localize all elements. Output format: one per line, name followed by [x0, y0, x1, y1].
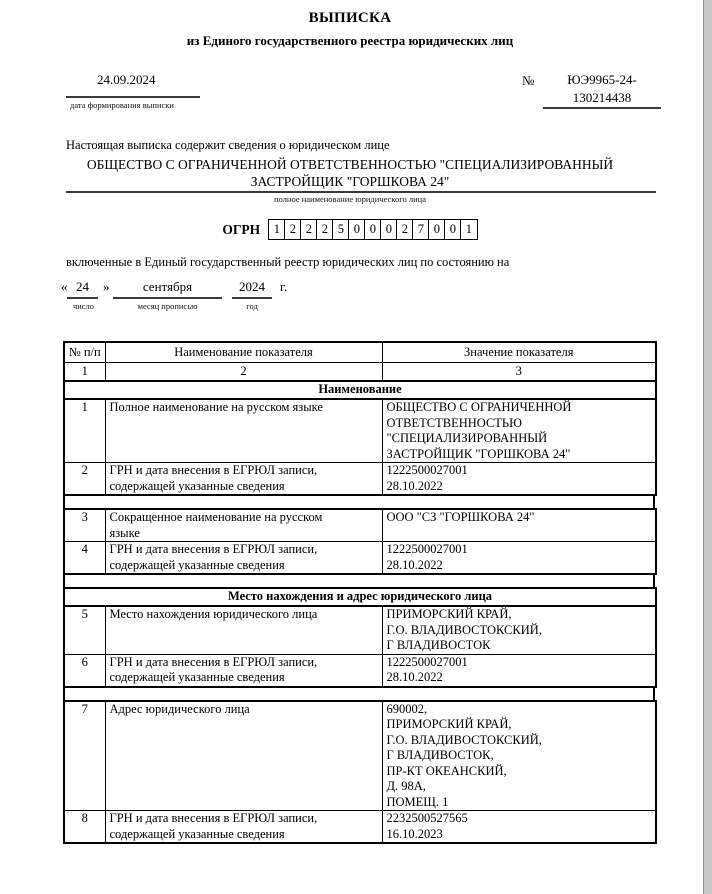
table-row: 6 ГРН и дата внесения в ЕГРЮЛ записи, со… [64, 654, 656, 687]
row-value: ОБЩЕСТВО С ОГРАНИЧЕННОЙ ОТВЕТСТВЕННОСТЬЮ… [382, 399, 656, 463]
table-spacer [63, 496, 655, 508]
row-value: 690002, ПРИМОРСКИЙ КРАЙ, Г.О. ВЛАДИВОСТО… [382, 701, 656, 811]
col-number: 2 [105, 363, 382, 382]
row-number: 4 [64, 542, 105, 575]
row-number: 7 [64, 701, 105, 811]
day-label: число [68, 301, 99, 311]
state-date-month: сентября [113, 279, 222, 299]
row-number: 1 [64, 399, 105, 463]
row-value: ООО "СЗ "ГОРШКОВА 24" [382, 509, 656, 542]
col-header-name: Наименование показателя [105, 342, 382, 363]
page-edge-strip [703, 0, 712, 894]
row-number: 6 [64, 654, 105, 687]
formation-date: 24.09.2024 [97, 72, 156, 88]
row-name: Место нахождения юридического лица [105, 606, 382, 654]
table-spacer [63, 575, 655, 587]
formation-date-label: дата формирования выписки [70, 100, 174, 110]
col-number: 3 [382, 363, 656, 382]
ogrn-digit-box: 2 [300, 219, 318, 240]
row-name: ГРН и дата внесения в ЕГРЮЛ записи, соде… [105, 542, 382, 575]
state-date-day: 24 [67, 279, 98, 299]
ogrn-digit-box: 2 [316, 219, 334, 240]
row-value: ПРИМОРСКИЙ КРАЙ, Г.О. ВЛАДИВОСТОКСКИЙ, Г… [382, 606, 656, 654]
registry-table: № п/п Наименование показателя Значение п… [63, 341, 655, 844]
document-number-underline [543, 107, 661, 109]
table-row: 5 Место нахождения юридического лица ПРИ… [64, 606, 656, 654]
table-row: 1 Полное наименование на русском языке О… [64, 399, 656, 463]
column-numbers-row: 1 2 3 [64, 363, 656, 382]
ogrn-digit-box: 5 [332, 219, 350, 240]
ogrn-digit-box: 1 [268, 219, 286, 240]
ogrn-digit-box: 0 [348, 219, 366, 240]
included-line: включенные в Единый государственный реес… [66, 255, 509, 270]
ogrn-digit-box: 7 [412, 219, 430, 240]
col-header-value: Значение показателя [382, 342, 656, 363]
table-row: 2 ГРН и дата внесения в ЕГРЮЛ записи, со… [64, 463, 656, 496]
row-name: ГРН и дата внесения в ЕГРЮЛ записи, соде… [105, 811, 382, 844]
ogrn-boxes: 1 2 2 2 5 0 0 0 2 7 0 0 1 [268, 219, 478, 240]
company-name-label: полное наименование юридического лица [0, 194, 700, 204]
row-name: Сокращенное наименование на русском язык… [105, 509, 382, 542]
ogrn-label: ОГРН [222, 222, 260, 238]
row-number: 2 [64, 463, 105, 496]
close-quote: » [103, 279, 110, 295]
col-number: 1 [64, 363, 105, 382]
row-value: 1222500027001 28.10.2022 [382, 654, 656, 687]
document-number: ЮЭ9965-24- 130214438 [545, 71, 659, 106]
month-label: месяц прописью [113, 301, 222, 311]
row-name: ГРН и дата внесения в ЕГРЮЛ записи, соде… [105, 463, 382, 496]
section-title: Наименование [64, 381, 656, 399]
row-value: 1222500027001 28.10.2022 [382, 542, 656, 575]
row-name: ГРН и дата внесения в ЕГРЮЛ записи, соде… [105, 654, 382, 687]
year-suffix: г. [280, 279, 287, 295]
ogrn-digit-box: 2 [284, 219, 302, 240]
ogrn-digit-box: 1 [460, 219, 478, 240]
row-number: 5 [64, 606, 105, 654]
section-row: Место нахождения и адрес юридического ли… [64, 588, 656, 606]
company-name-underline [66, 191, 656, 193]
row-name: Полное наименование на русском языке [105, 399, 382, 463]
table-row: 3 Сокращенное наименование на русском яз… [64, 509, 656, 542]
row-number: 8 [64, 811, 105, 844]
table-row: 7 Адрес юридического лица 690002, ПРИМОР… [64, 701, 656, 811]
table-part-4: 7 Адрес юридического лица 690002, ПРИМОР… [63, 700, 657, 845]
col-header-num: № п/п [64, 342, 105, 363]
ogrn-digit-box: 0 [380, 219, 398, 240]
intro-line: Настоящая выписка содержит сведения о юр… [66, 138, 390, 153]
page-subtitle: из Единого государственного реестра юрид… [0, 33, 700, 49]
number-sign: № [522, 73, 534, 89]
ogrn-row: ОГРН 1 2 2 2 5 0 0 0 2 7 0 0 1 [0, 219, 700, 240]
table-spacer [63, 688, 655, 700]
table-part-1: № п/п Наименование показателя Значение п… [63, 341, 657, 496]
company-full-name: ОБЩЕСТВО С ОГРАНИЧЕННОЙ ОТВЕТСТВЕННОСТЬЮ… [40, 157, 660, 190]
table-part-3: Место нахождения и адрес юридического ли… [63, 587, 657, 688]
section-row: Наименование [64, 381, 656, 399]
section-title: Место нахождения и адрес юридического ли… [64, 588, 656, 606]
page-title: ВЫПИСКА [0, 10, 700, 27]
table-row: 4 ГРН и дата внесения в ЕГРЮЛ записи, со… [64, 542, 656, 575]
row-number: 3 [64, 509, 105, 542]
table-header-row: № п/п Наименование показателя Значение п… [64, 342, 656, 363]
row-value: 2232500527565 16.10.2023 [382, 811, 656, 844]
formation-date-underline [66, 96, 200, 98]
table-row: 8 ГРН и дата внесения в ЕГРЮЛ записи, со… [64, 811, 656, 844]
ogrn-digit-box: 0 [444, 219, 462, 240]
year-label: год [232, 301, 272, 311]
ogrn-digit-box: 2 [396, 219, 414, 240]
state-date-year: 2024 [232, 279, 272, 299]
row-value: 1222500027001 28.10.2022 [382, 463, 656, 496]
table-part-2: 3 Сокращенное наименование на русском яз… [63, 508, 657, 575]
ogrn-digit-box: 0 [428, 219, 446, 240]
row-name: Адрес юридического лица [105, 701, 382, 811]
ogrn-digit-box: 0 [364, 219, 382, 240]
